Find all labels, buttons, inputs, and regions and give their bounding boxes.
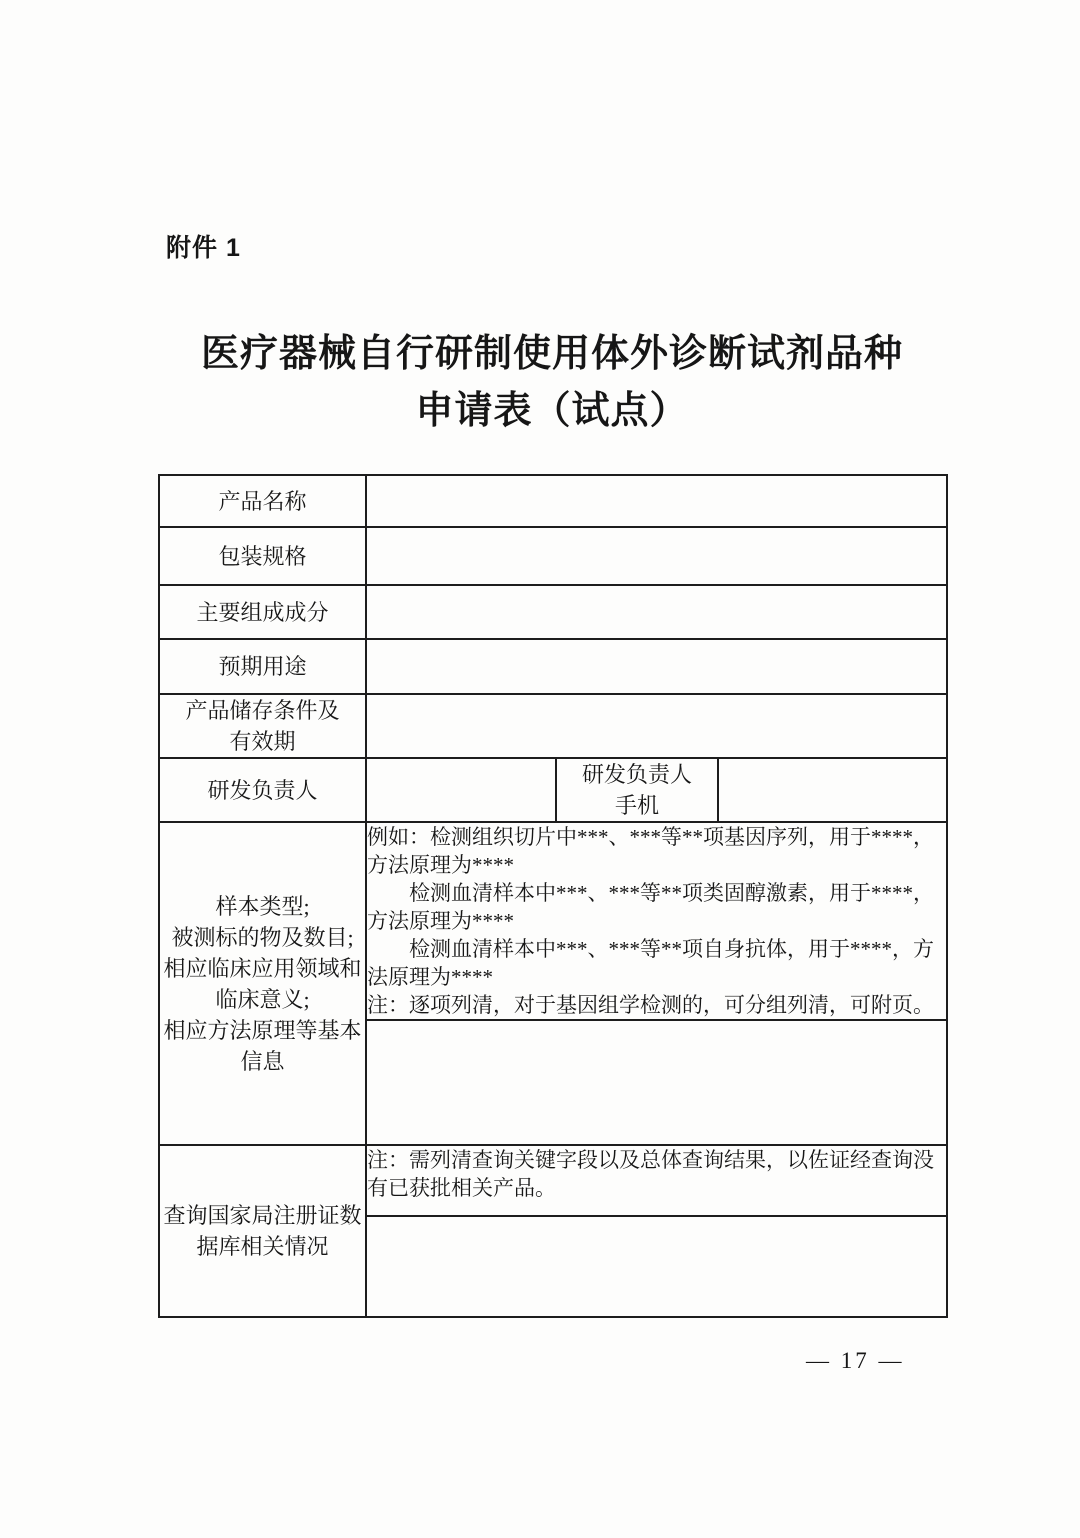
table-row-rd-lead: 研发负责人 研发负责人 手机 xyxy=(159,758,947,822)
table-row-registry-query: 查询国家局注册证数 据库相关情况 注：需列清查询关键字段以及总体查询结果，以佐证… xyxy=(159,1145,947,1216)
attachment-label: 附件 1 xyxy=(166,228,241,264)
rd-lead-label: 研发负责人 xyxy=(159,758,366,822)
registry-query-field xyxy=(366,1216,947,1317)
document-title-line-2: 申请表（试点） xyxy=(24,383,1080,440)
table-row-main-components: 主要组成成分 xyxy=(159,585,947,639)
table-row-intended-use: 预期用途 xyxy=(159,639,947,694)
sample-info-label: 样本类型; 被测标的物及数目; 相应临床应用领域和 临床意义; 相应方法原理等基… xyxy=(159,822,366,1145)
application-form-table: 产品名称 包装规格 主要组成成分 预期用途 产品储存条件及 有效期 研发负责人 xyxy=(158,474,948,1318)
document-page: 附件 1 医疗器械自行研制使用体外诊断试剂品种 申请表（试点） 产品名称 包装规… xyxy=(0,0,1080,1538)
packaging-spec-label: 包装规格 xyxy=(159,527,366,585)
document-title: 医疗器械自行研制使用体外诊断试剂品种 申请表（试点） xyxy=(24,326,1080,440)
rd-lead-field xyxy=(366,758,556,822)
intended-use-label: 预期用途 xyxy=(159,639,366,694)
page-number: — 17 — xyxy=(806,1348,905,1374)
storage-field xyxy=(366,694,947,758)
storage-label: 产品储存条件及 有效期 xyxy=(159,694,366,758)
sample-info-example-paragraph: 检测血清样本中***、***等**项自身抗体，用于****，方法原理为**** xyxy=(367,935,946,991)
sample-info-field xyxy=(366,1020,947,1145)
table-row-packaging-spec: 包装规格 xyxy=(159,527,947,585)
rd-lead-phone-field xyxy=(718,758,947,822)
rd-lead-phone-label: 研发负责人 手机 xyxy=(556,758,718,822)
packaging-spec-field xyxy=(366,527,947,585)
registry-query-label: 查询国家局注册证数 据库相关情况 xyxy=(159,1145,366,1317)
table-row-sample-info: 样本类型; 被测标的物及数目; 相应临床应用领域和 临床意义; 相应方法原理等基… xyxy=(159,822,947,1020)
sample-info-example-paragraph: 检测血清样本中***、***等**项类固醇激素，用于****，方法原理为**** xyxy=(367,879,946,935)
document-title-line-1: 医疗器械自行研制使用体外诊断试剂品种 xyxy=(24,326,1080,383)
main-components-label: 主要组成成分 xyxy=(159,585,366,639)
product-name-field xyxy=(366,475,947,527)
sample-info-example-paragraph: 例如：检测组织切片中***、***等**项基因序列，用于****，方法原理为**… xyxy=(367,823,946,879)
sample-info-note-paragraph: 注：逐项列清，对于基因组学检测的，可分组列清，可附页。 xyxy=(367,991,946,1019)
registry-query-note: 注：需列清查询关键字段以及总体查询结果，以佐证经查询没有已获批相关产品。 xyxy=(367,1146,946,1202)
intended-use-field xyxy=(366,639,947,694)
sample-info-example-cell: 例如：检测组织切片中***、***等**项基因序列，用于****，方法原理为**… xyxy=(366,822,947,1020)
registry-query-note-cell: 注：需列清查询关键字段以及总体查询结果，以佐证经查询没有已获批相关产品。 xyxy=(366,1145,947,1216)
product-name-label: 产品名称 xyxy=(159,475,366,527)
table-row-product-name: 产品名称 xyxy=(159,475,947,527)
main-components-field xyxy=(366,585,947,639)
table-row-storage: 产品储存条件及 有效期 xyxy=(159,694,947,758)
